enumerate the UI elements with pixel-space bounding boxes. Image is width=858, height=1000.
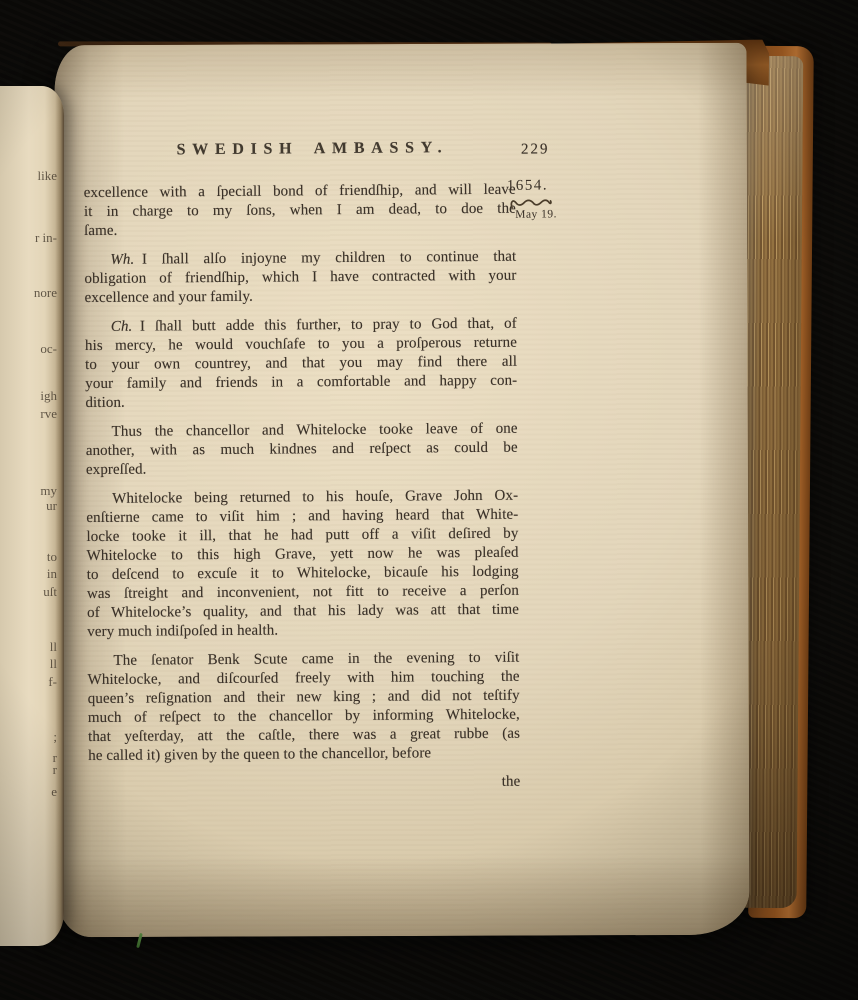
left-page-fragment: in xyxy=(47,566,57,582)
left-page-fragment: my xyxy=(40,483,57,499)
margin-year: 1654. xyxy=(507,177,548,194)
marginalia: 1654. May 19. xyxy=(507,176,578,221)
left-page-fragment: like xyxy=(38,168,58,184)
text-line: another, with as much kindnes and reſpec… xyxy=(86,439,518,461)
left-page-fragment: e xyxy=(51,784,57,800)
margin-date: May 19. xyxy=(515,208,577,221)
text-line: very much indiſpoſed in health. xyxy=(87,620,519,642)
paragraph: Thus the chancellor and Whitelocke tooke… xyxy=(86,420,518,480)
left-page-fragment: nore xyxy=(34,285,57,301)
text-line: obligation of friendſhip, which I have c… xyxy=(84,267,516,289)
text-line: ſame. xyxy=(84,219,516,241)
left-page-fragment: ; xyxy=(53,729,57,745)
text-line: he called it) given by the queen to the … xyxy=(88,744,520,766)
left-page-fragment: igh xyxy=(40,388,57,404)
photo-background: { "scene": { "background_color": "#0b0a0… xyxy=(0,0,858,1000)
left-page-fragment: f- xyxy=(48,674,57,690)
text-line: of Whitelocke’s quality, and that his la… xyxy=(87,601,519,623)
left-page-fragment: r xyxy=(53,762,57,778)
left-page-fragment: ur xyxy=(46,498,57,514)
paragraph: Whitelocke being returned to his houſe, … xyxy=(86,487,519,642)
left-page-fragment: uſt xyxy=(43,584,57,600)
speaker-abbreviation: Wh. xyxy=(110,252,134,268)
text-line: dition. xyxy=(85,391,517,413)
catchword-line: the xyxy=(88,773,520,795)
left-page-fragment: to xyxy=(47,549,57,565)
text-line: excellence and your family. xyxy=(85,286,517,308)
paragraph: excellence with a ſpeciall bond of frien… xyxy=(84,181,516,241)
left-page-fragment: r in- xyxy=(35,230,57,246)
left-page-fragment: oc- xyxy=(40,341,57,357)
text-line: that yeſterday, att the caſtle, there wa… xyxy=(88,725,520,747)
text-line: your family and friends in a comfortable… xyxy=(85,372,517,394)
paragraph: Ch. I ſhall butt adde this further, to p… xyxy=(85,315,518,413)
paragraph: Wh. I ſhall alſo injoyne my children to … xyxy=(84,248,516,308)
speaker-abbreviation: Ch. xyxy=(111,319,133,335)
page-header: SWEDISH AMBASSY. 229 xyxy=(83,139,515,162)
left-page: liker in-noreoc-ighrvemyurtoinuſtllllf-;… xyxy=(0,86,64,946)
page-title: SWEDISH AMBASSY. xyxy=(109,139,515,160)
left-page-fragment: rve xyxy=(40,406,57,422)
text-body: excellence with a ſpeciall bond of frien… xyxy=(84,181,521,766)
catchword: the xyxy=(502,774,521,790)
main-page: SWEDISH AMBASSY. 229 excellence with a ſ… xyxy=(54,43,749,937)
text-block: SWEDISH AMBASSY. 229 excellence with a ſ… xyxy=(83,139,520,795)
left-page-fragment: ll xyxy=(50,639,57,655)
page-number: 229 xyxy=(521,141,550,158)
left-page-fragment: ll xyxy=(50,656,57,672)
paragraph: The ſenator Benk Scute came in the eveni… xyxy=(87,649,520,766)
text-line: expreſſed. xyxy=(86,458,518,480)
text-line: it in charge to my ſons, when I am dead,… xyxy=(84,200,516,222)
